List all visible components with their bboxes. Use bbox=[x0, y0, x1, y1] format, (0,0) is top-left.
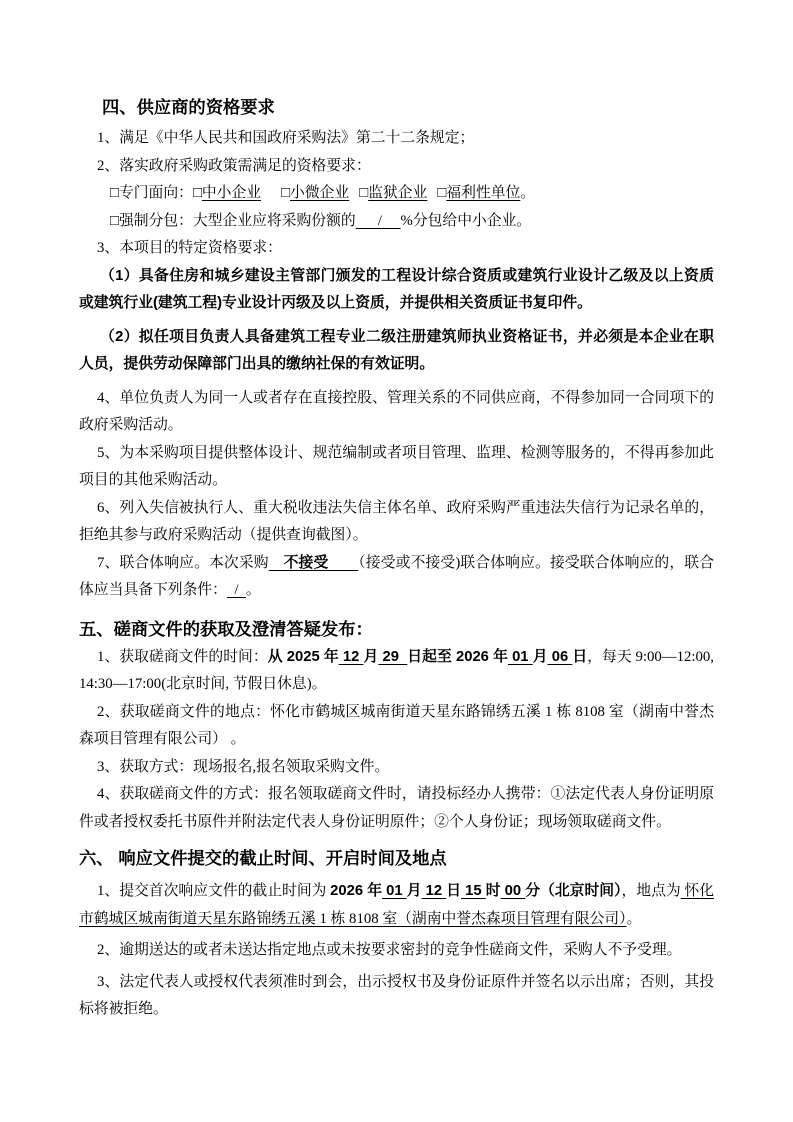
date-unit: 日 bbox=[572, 649, 587, 665]
period: 。 bbox=[246, 582, 261, 598]
period: 。 bbox=[627, 911, 642, 927]
date-day-from: 29 bbox=[378, 649, 407, 665]
checkbox-empty-icon[interactable]: □ bbox=[193, 185, 202, 201]
doc-obtain-time: 1、获取磋商文件的时间：从 2025 年 12 月 29 日起至 2026 年 … bbox=[79, 644, 714, 699]
deadline-hour: 15 bbox=[461, 883, 486, 899]
section5-heading: 五、磋商文件的获取及澄清答疑发布： bbox=[79, 614, 714, 644]
deadline-minute: 00 bbox=[501, 883, 526, 899]
blank-field: / bbox=[227, 582, 246, 598]
blank-field: / bbox=[356, 213, 401, 229]
document-page: 四、供应商的资格要求 1、满足《中华人民共和国政府采购法》第二十二条规定； 2、… bbox=[0, 0, 793, 1122]
date-unit: 月 bbox=[407, 883, 422, 899]
checkbox-empty-icon[interactable]: □ bbox=[437, 185, 446, 201]
section6-heading: 六、 响应文件提交的截止时间、开启时间及地点 bbox=[79, 843, 714, 873]
date-unit: 月 bbox=[533, 649, 548, 665]
section4-heading: 四、供应商的资格要求 bbox=[79, 92, 714, 122]
req-item-2: 2、落实政府采购政策需满足的资格要求： bbox=[79, 153, 714, 181]
checkbox-empty-icon[interactable]: □ bbox=[110, 213, 119, 229]
date-unit: 时 bbox=[486, 883, 501, 899]
req-item-3: 3、本项目的特定资格要求： bbox=[79, 235, 714, 263]
checkbox-empty-icon[interactable]: □ bbox=[110, 185, 119, 201]
req-item-3-2: （2）拟任项目负责人具备建筑工程专业二级注册建筑师执业资格证书，并必须是本企业在… bbox=[79, 324, 714, 379]
label-deadline: 1、提交首次响应文件的截止时间为 bbox=[97, 883, 330, 899]
checkbox-empty-icon[interactable]: □ bbox=[281, 185, 290, 201]
req-item-6: 6、列入失信被执行人、重大税收违法失信主体名单、政府采购严重违法失信行为记录名单… bbox=[79, 495, 714, 550]
date-month-from: 12 bbox=[339, 649, 364, 665]
date-month-to: 01 bbox=[508, 649, 533, 665]
period: 。 bbox=[520, 185, 535, 201]
date-unit: 日 bbox=[446, 883, 461, 899]
date-unit: 月 bbox=[363, 649, 378, 665]
checkbox-empty-icon[interactable]: □ bbox=[359, 185, 368, 201]
option-prison: 监狱企业 bbox=[368, 185, 427, 201]
doc-obtain-requirements: 4、获取磋商文件的方式：报名领取磋商文件时，请投标经办人携带：①法定代表人身份证… bbox=[79, 781, 714, 836]
submit-late-rule: 2、逾期送达的或者未送达指定地点或未按要求密封的竞争性磋商文件，采购人不予受理。 bbox=[79, 937, 714, 965]
req-item-4: 4、单位负责人为同一人或者存在直接控股、管理关系的不同供应商，不得参加同一合同项… bbox=[79, 385, 714, 440]
subcontract-text-after: %分包给中小企业。 bbox=[401, 213, 532, 229]
date-to: 日起至 2026 年 bbox=[407, 649, 508, 665]
doc-obtain-method: 3、获取方式：现场报名,报名领取采购文件。 bbox=[79, 754, 714, 782]
req-item-7: 7、联合体响应。本次采购 不接受 （接受或不接受)联合体响应。接受联合体响应的，… bbox=[79, 550, 714, 605]
option-micro: 小微企业 bbox=[290, 185, 349, 201]
req-checkbox-line-targeted: □专门面向：□中小企业□小微企业□监狱企业□福利性单位。 bbox=[79, 180, 714, 208]
deadline-timezone: 分（北京时间） bbox=[525, 883, 621, 899]
req-item-3-1: （1）具备住房和城乡建设主管部门颁发的工程设计综合资质或建筑行业设计乙级及以上资… bbox=[79, 263, 714, 318]
checkbox-label: 专门面向： bbox=[119, 185, 193, 201]
subcontract-text: 强制分包：大型企业应将采购份额的 bbox=[119, 213, 356, 229]
consortium-text: 7、联合体响应。本次采购 bbox=[97, 555, 269, 571]
label-obtain-time: 1、获取磋商文件的时间： bbox=[97, 649, 268, 665]
option-sme: 中小企业 bbox=[202, 185, 261, 201]
label-place: ，地点为 bbox=[621, 883, 680, 899]
req-item-5: 5、为本采购项目提供整体设计、规范编制或者项目管理、监理、检测等服务的，不得再参… bbox=[79, 440, 714, 495]
option-welfare: 福利性单位 bbox=[446, 185, 520, 201]
deadline-month: 01 bbox=[382, 883, 407, 899]
req-checkbox-line-subcontract: □强制分包：大型企业应将采购份额的 / %分包给中小企业。 bbox=[79, 208, 714, 236]
doc-obtain-place: 2、获取磋商文件的地点：怀化市鹤城区城南街道天星东路锦绣五溪 1 栋 8108 … bbox=[79, 699, 714, 754]
deadline-year: 2026 年 bbox=[330, 883, 382, 899]
date-day-to: 06 bbox=[548, 649, 573, 665]
submit-attendance-rule: 3、法定代表人或授权代表须准时到会，出示授权书及身份证原件并签名以示出席；否则，… bbox=[79, 969, 714, 1024]
deadline-day: 12 bbox=[422, 883, 447, 899]
date-from: 从 2025 年 bbox=[268, 649, 339, 665]
acceptance-choice: 不接受 bbox=[269, 555, 359, 571]
req-item-1: 1、满足《中华人民共和国政府采购法》第二十二条规定； bbox=[79, 125, 714, 153]
submit-deadline: 1、提交首次响应文件的截止时间为 2026 年 01 月 12 日 15 时 0… bbox=[79, 878, 714, 933]
